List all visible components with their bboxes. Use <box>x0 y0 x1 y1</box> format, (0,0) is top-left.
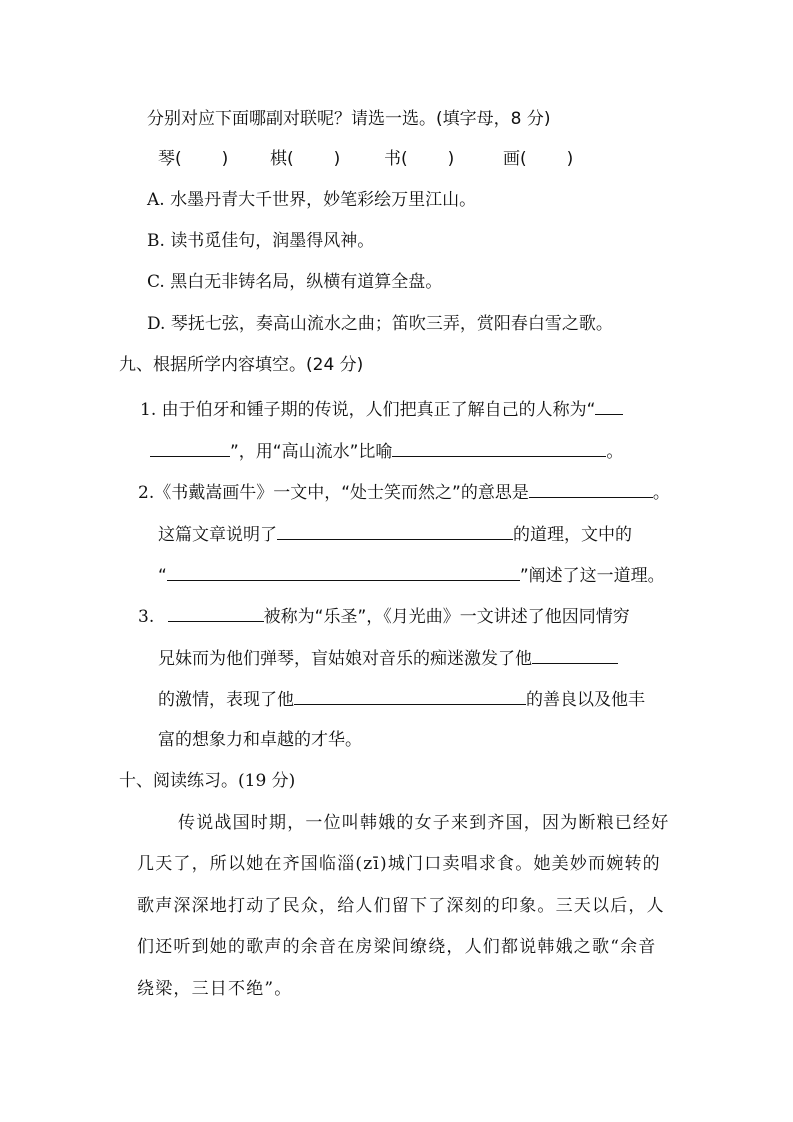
option-a: A. 水墨丹青大千世界，妙笔彩绘万里江山。 <box>147 190 476 210</box>
passage-line-5: 绕梁，三日不绝”。 <box>137 979 293 999</box>
passage-line-4: 们还听到她的歌声的余音在房梁间缭绕，人们都说韩娥之歌“余音 <box>137 937 657 957</box>
q3-line3: 的激情，表现了他的善良以及他丰 <box>158 688 645 710</box>
q3-answer-blank-1[interactable] <box>168 605 264 622</box>
option-b: B. 读书觅佳句，润墨得风神。 <box>147 231 374 251</box>
q1-answer-blank-2[interactable] <box>392 440 606 457</box>
option-c: C. 黑白无非铸名局，纵横有道算全盘。 <box>147 272 442 292</box>
q2-line1: 2.《书戴嵩画牛》一文中，“处士笑而然之”的意思是。 <box>138 481 670 503</box>
q2-answer-blank-2[interactable] <box>277 523 513 540</box>
pair-hua[interactable]: 画() <box>503 149 573 169</box>
q1-line2: ”，用“高山流水”比喻。 <box>150 440 623 462</box>
q3-line2: 兄妹而为他们弹琴，盲姑娘对音乐的痴迷激发了他 <box>158 647 618 669</box>
section-9-title: 九、根据所学内容填空。(24 分) <box>119 355 363 375</box>
instruction-line: 分别对应下面哪副对联呢？请选一选。(填字母，8 分) <box>147 109 550 129</box>
pair-qin[interactable]: 琴() <box>158 149 270 169</box>
pair-qi[interactable]: 棋() <box>270 149 382 169</box>
passage-line-2: 几天了，所以她在齐国临淄(zī)城门口卖唱求食。她美妙而婉转的 <box>137 854 661 874</box>
q2-line3: “”阐述了这一道理。 <box>158 564 665 586</box>
q2-answer-blank-1[interactable] <box>529 481 653 498</box>
q3-line1: 3. 被称为“乐圣”，《月光曲》一文讲述了他因同情穷 <box>138 605 630 627</box>
q1-answer-blank-1[interactable] <box>595 398 623 415</box>
q3-answer-blank-3[interactable] <box>294 688 526 705</box>
passage-line-3: 歌声深深地打动了民众，给人们留下了深刻的印象。三天以后，人 <box>137 896 665 916</box>
q1-answer-blank-1b[interactable] <box>150 440 230 457</box>
q2-answer-blank-3[interactable] <box>167 564 520 581</box>
match-pairs-row: 琴()棋()书()画() <box>158 149 573 169</box>
q2-line2: 这篇文章说明了的道理，文中的 <box>158 523 632 545</box>
section-10-title: 十、阅读练习。(19 分) <box>119 771 295 791</box>
q3-line4: 富的想象力和卓越的才华。 <box>158 730 362 750</box>
pair-shu[interactable]: 书() <box>384 149 507 169</box>
q3-answer-blank-2[interactable] <box>532 647 618 664</box>
q1-line1: 1. 由于伯牙和锺子期的传说，人们把真正了解自己的人称为“ <box>140 398 623 420</box>
option-d: D. 琴抚七弦，奏高山流水之曲；笛吹三弄，赏阳春白雪之歌。 <box>147 314 613 334</box>
passage-line-1: 传说战国时期，一位叫韩娥的女子来到齐国，因为断粮已经好 <box>178 813 669 833</box>
